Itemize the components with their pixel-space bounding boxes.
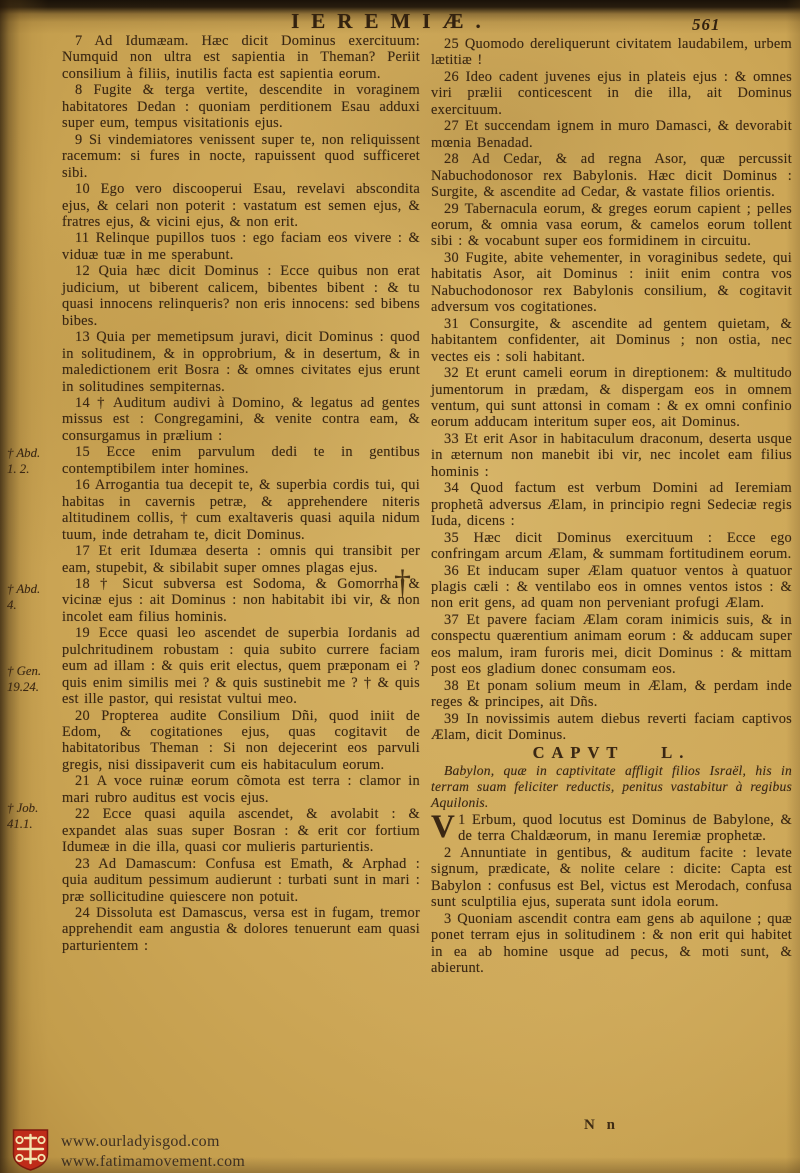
verse-paragraph: 12 Quia hæc dicit Dominus : Ecce quibus …	[62, 263, 420, 329]
verse-paragraph: 35 Hæc dicit Dominus exercituum : Ecce e…	[431, 530, 792, 563]
verse-paragraph: 13 Quia per memetipsum juravi, dicit Dom…	[62, 329, 420, 395]
verse-paragraph: 2 Annuntiate in gentibus, & auditum faci…	[431, 845, 792, 911]
verse-paragraph: 15 Ecce enim parvulum dedi te in gentibu…	[62, 444, 420, 477]
verse-paragraph: 31 Consurgite, & ascendite ad gentem qui…	[431, 316, 792, 365]
book-page-scan: IEREMIÆ. 561 7 Ad Idumæam. Hæc dicit Dom…	[0, 0, 800, 1173]
drop-cap-initial: V	[431, 812, 458, 842]
page-number: 561	[692, 15, 721, 35]
verse-paragraph: 33 Et erit Asor in habitaculum draconum,…	[431, 431, 792, 480]
margin-note-label: † Job.	[7, 801, 61, 817]
margin-note-reference: 41.1.	[7, 817, 61, 833]
signature-mark: N n	[584, 1117, 619, 1134]
verse-paragraph: 3 Quoniam ascendit contra eam gens ab aq…	[431, 911, 792, 977]
verse-paragraph: 19 Ecce quasi leo ascendet de superbia I…	[62, 625, 420, 707]
verse-paragraph: 8 Fugite & terga vertite, descendite in …	[62, 82, 420, 131]
chapter-heading: CAPVT L.	[431, 745, 792, 761]
watermark-footer: www.ourladyisgod.com www.fatimamovement.…	[12, 1128, 245, 1173]
crossed-keys-shield-icon	[12, 1128, 49, 1171]
verse-paragraph: 14 † Auditum audivi à Domino, & legatus …	[62, 395, 420, 444]
margin-cross-reference: † Abd.1. 2.	[7, 446, 61, 477]
verse-paragraph: 16 Arrogantia tua decepit te, & superbia…	[62, 477, 420, 543]
verse-paragraph: 38 Et ponam solium meum in Ælam, & perda…	[431, 678, 792, 711]
verse-paragraph: 28 Ad Cedar, & ad regna Asor, quæ percus…	[431, 151, 792, 200]
verse-paragraph: 39 In novissimis autem diebus reverti fa…	[431, 711, 792, 744]
verse-paragraph: 24 Dissoluta est Damascus, versa est in …	[62, 905, 420, 954]
chapter-argument: Babylon, quæ in captivitate affligit fil…	[431, 763, 792, 811]
verse-paragraph: 25 Quomodo dereliquerunt civitatem lauda…	[431, 36, 792, 69]
verse-paragraph: 22 Ecce quasi aquila ascendet, & avolabi…	[62, 806, 420, 855]
margin-note-label: † Gen.	[7, 664, 61, 680]
page-title: IEREMIÆ.	[291, 9, 493, 34]
verse-paragraph: 34 Quod factum est verbum Domini ad Iere…	[431, 480, 792, 529]
margin-cross-reference: † Gen.19.24.	[7, 664, 61, 695]
margin-note-reference: 4.	[7, 598, 61, 614]
verse-paragraph: 37 Et pavere faciam Ælam coram inimicis …	[431, 612, 792, 678]
footer-urls: www.ourladyisgod.com www.fatimamovement.…	[61, 1128, 245, 1172]
margin-cross-reference: † Job.41.1.	[7, 801, 61, 832]
verse-paragraph: 21 A voce ruinæ eorum cõmota est terra :…	[62, 773, 420, 806]
verse-paragraph: 18 † Sicut subversa est Sodoma, & Gomorr…	[62, 576, 420, 625]
verse-paragraph: 29 Tabernacula eorum, & greges eorum cap…	[431, 201, 792, 250]
verse-paragraph: 32 Et erunt cameli eorum in direptionem:…	[431, 365, 792, 431]
verse-paragraph: 1 VErbum, quod locutus est Dominus de Ba…	[431, 812, 792, 845]
verse-number: 1	[458, 812, 472, 828]
right-column: 25 Quomodo dereliquerunt civitatem lauda…	[431, 36, 792, 976]
verse-paragraph: 11 Relinque pupillos tuos : ego faciam e…	[62, 230, 420, 263]
verse-paragraph: 10 Ego vero discooperui Esau, revelavi a…	[62, 181, 420, 230]
margin-note-label: † Abd.	[7, 446, 61, 462]
verse-paragraph: 17 Et erit Idumæa deserta : omnis qui tr…	[62, 543, 420, 576]
verse-paragraph: 7 Ad Idumæam. Hæc dicit Dominus exercitu…	[62, 33, 420, 82]
running-head: IEREMIÆ. 561	[0, 6, 800, 36]
verse-paragraph: 23 Ad Damascum: Confusa est Emath, & Arp…	[62, 856, 420, 905]
right-column-verses-bottom: 1 VErbum, quod locutus est Dominus de Ba…	[431, 812, 792, 977]
verse-paragraph: 26 Ideo cadent juvenes ejus in plateis e…	[431, 69, 792, 118]
verse-paragraph: 20 Propterea audite Consilium Dñi, quod …	[62, 708, 420, 774]
margin-cross-reference: † Abd.4.	[7, 582, 61, 613]
verse-paragraph: 30 Fugite, abite vehementer, in voragini…	[431, 250, 792, 316]
gutter-cross-icon: †	[394, 566, 411, 600]
margin-note-label: † Abd.	[7, 582, 61, 598]
left-column: 7 Ad Idumæam. Hæc dicit Dominus exercitu…	[62, 33, 420, 954]
margin-note-reference: 19.24.	[7, 680, 61, 696]
verse-paragraph: 36 Et inducam super Ælam quatuor ventos …	[431, 563, 792, 612]
right-column-verses-top: 25 Quomodo dereliquerunt civitatem lauda…	[431, 36, 792, 743]
verse-paragraph: 27 Et succendam ignem in muro Damasci, &…	[431, 118, 792, 151]
margin-note-reference: 1. 2.	[7, 462, 61, 478]
footer-url: www.ourladyisgod.com	[61, 1132, 245, 1152]
footer-url: www.fatimamovement.com	[61, 1152, 245, 1172]
verse-paragraph: 9 Si vindemiatores venissent super te, n…	[62, 132, 420, 181]
